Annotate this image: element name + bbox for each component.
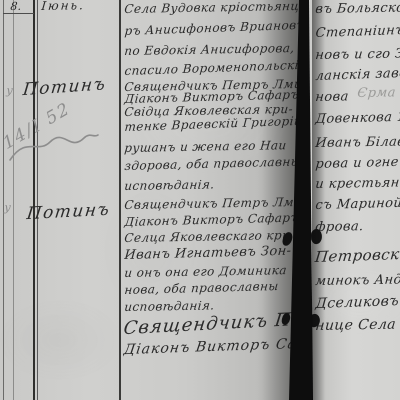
- record-text-line: ланскія заводъ: [315, 65, 400, 84]
- scanned-register-page: 8. Іюнь. у у 14/I 52 Потинъ Потинъ Села …: [0, 0, 400, 400]
- record-text-line: и крестьянъ: [315, 175, 400, 192]
- record-text-line: Иванъ Білавинъ: [315, 134, 400, 151]
- record-text-line: минокъ Андр: [315, 272, 400, 289]
- record-text-line: въ Больяской п: [315, 0, 400, 17]
- record-number: 8.: [10, 0, 22, 13]
- ruled-line-left-edge: [3, 0, 4, 400]
- ruled-line-number-column-double: [37, 0, 38, 400]
- right-page-text-block: въ Больяской п Степаніинъ Ва новъ и сго …: [314, 0, 400, 400]
- ruled-line-name-column: [119, 0, 121, 400]
- record-text-line: исповѣданія.: [124, 298, 215, 314]
- ruled-line-inner-left: [13, 0, 14, 400]
- pencil-flourish: [8, 108, 103, 168]
- pencil-check-mark-1: у: [6, 84, 14, 97]
- record-text-line: съ Мариной: [315, 196, 400, 213]
- record-text-line: рова и огне: [315, 155, 400, 172]
- name-entry-2: Потинъ: [26, 200, 112, 225]
- faint-ink-word: Єрма: [357, 85, 397, 101]
- row-divider-number-column: [3, 13, 34, 14]
- record-text-line: Степаніинъ Ва: [315, 22, 400, 41]
- record-text-line: Дселиковъ и пр: [315, 292, 400, 312]
- record-text-line: нице Села Л: [315, 316, 400, 334]
- ruled-line-number-column: [33, 0, 35, 400]
- record-text-line: новъ и сго З: [315, 46, 400, 63]
- name-entry-1: Потинъ: [22, 74, 108, 100]
- record-text-line: Петровски: [314, 245, 400, 266]
- pencil-check-mark-2: у: [4, 201, 12, 214]
- record-text-line: Довенкова 17: [315, 109, 400, 127]
- record-text-line: нова, оба православны: [124, 279, 279, 297]
- record-text-line: исповѣданія.: [124, 177, 215, 193]
- gutter-shadow: [312, 0, 326, 400]
- month-label: Іюнь.: [41, 0, 86, 13]
